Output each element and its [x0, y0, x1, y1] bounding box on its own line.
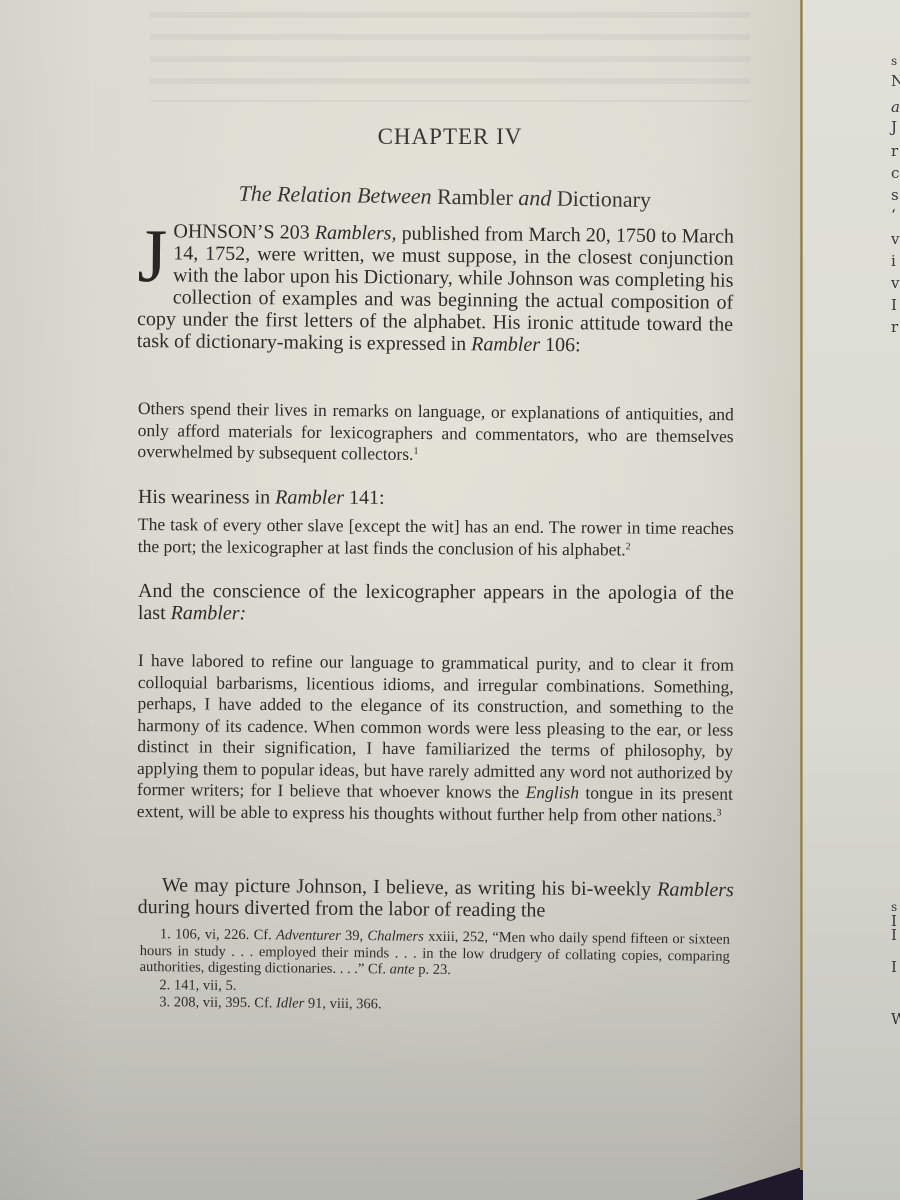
footnote-italic: Adventurer — [276, 927, 341, 944]
paragraph-text: published from March 20, 1750 to March 1… — [137, 222, 734, 355]
intro-italic: Rambler — [275, 486, 344, 508]
intro-line-3: And the conscience of the lexicographer … — [138, 580, 734, 626]
footnote-number: 1. — [160, 926, 171, 942]
facing-letter: ‘ — [891, 206, 896, 224]
footnote-1: 1. 106, vi, 226. Cf. Adventurer 39, Chal… — [140, 926, 730, 981]
block-quote-2: The task of every other slave [except th… — [138, 514, 734, 561]
footnote-mark: 1 — [413, 446, 418, 457]
facing-letter: I — [891, 958, 897, 976]
facing-letter: r — [891, 318, 898, 336]
paragraph-text-end: 106: — [540, 334, 581, 356]
intro-text-end: 141: — [344, 487, 385, 509]
facing-letter: I — [891, 926, 897, 944]
footnote-number: 3. — [159, 994, 170, 1010]
quote-text: The task of every other slave [except th… — [138, 514, 734, 559]
block-quote-1: Others spend their lives in remarks on l… — [137, 398, 734, 469]
facing-letter: a — [891, 98, 900, 116]
facing-letter: v — [891, 230, 899, 248]
book-photo: s N a J r c s ‘ v i v I r s I I I W CHAP… — [0, 0, 900, 1200]
footnote-text: 106, vi, 226. Cf. — [171, 926, 276, 943]
footnote-text: p. 23. — [415, 962, 451, 978]
footnote-mark: 3 — [717, 807, 722, 818]
drop-cap: J — [137, 226, 167, 288]
quote-text: I have labored to refine our language to… — [137, 650, 734, 802]
italic-reference: Rambler — [471, 333, 540, 356]
lead-italic: Ramblers, — [315, 222, 397, 245]
footnote-text: 91, viii, 366. — [304, 996, 381, 1013]
footnote-mark: 2 — [626, 541, 631, 552]
quote-italic: English — [526, 782, 580, 802]
facing-letter: W — [891, 1010, 900, 1028]
lead-caps: OHNSON’S 203 — [173, 220, 309, 243]
footnote-text: 208, vii, 395. Cf. — [170, 994, 276, 1011]
facing-letter: c — [891, 164, 899, 182]
facing-letter: s — [891, 54, 897, 68]
subtitle-part-4: Dictionary — [557, 186, 651, 212]
right-page-edge — [803, 0, 900, 1200]
subtitle-part-3: and — [518, 185, 551, 211]
chapter-title: CHAPTER IV — [0, 124, 900, 150]
footnote-italic: Idler — [276, 995, 304, 1011]
subtitle-part-2: Rambler — [437, 184, 513, 210]
footnotes: 1. 106, vi, 226. Cf. Adventurer 39, Chal… — [139, 926, 730, 1016]
quote-text: Others spend their lives in remarks on l… — [137, 398, 734, 464]
facing-letter: i — [891, 252, 896, 270]
intro-line-2: His weariness in Rambler 141: — [138, 486, 734, 510]
paragraph-text-end: during hours diverted from the labor of … — [138, 896, 546, 922]
facing-letter: v — [891, 274, 899, 292]
footnote-text: 141, vii, 5. — [170, 977, 236, 994]
facing-letter: I — [891, 296, 897, 314]
opening-paragraph: JOHNSON’S 203 Ramblers, published from M… — [137, 220, 734, 358]
intro-text: His weariness in — [138, 486, 275, 508]
footnote-number: 2. — [159, 977, 170, 993]
closing-paragraph: We may picture Johnson, I believe, as wr… — [138, 874, 734, 923]
intro-italic: Rambler: — [171, 602, 247, 624]
subtitle-part-1: The Relation Between — [238, 181, 431, 209]
footnote-text: 39, — [341, 928, 368, 944]
footnote-italic: Chalmers — [367, 928, 424, 945]
footnote-italic: ante — [390, 961, 415, 977]
block-quote-3: I have labored to refine our language to… — [137, 650, 734, 827]
reverse-side-showthrough — [150, 12, 750, 102]
facing-letter: s — [891, 186, 899, 204]
facing-letter: N — [891, 72, 900, 90]
paragraph-italic: Ramblers — [657, 879, 734, 902]
